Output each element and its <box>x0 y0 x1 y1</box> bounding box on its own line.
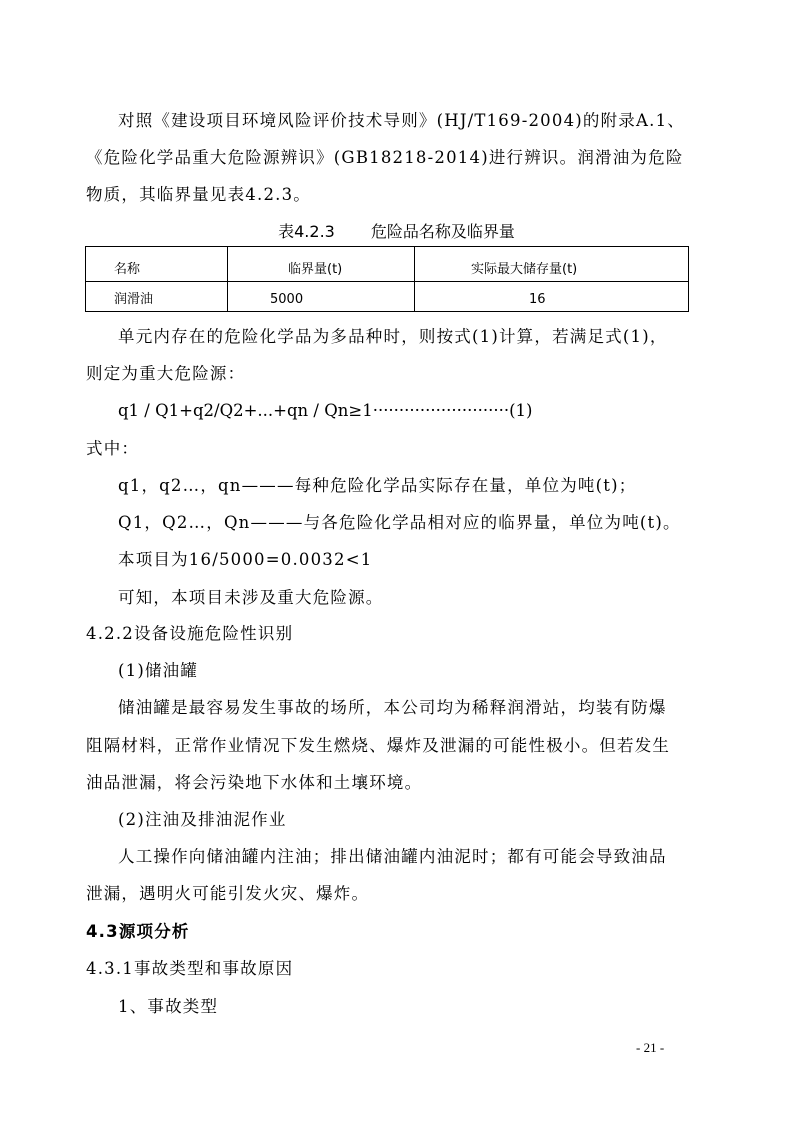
para-multi-line-1: 单元内存在的危险化学品为多品种时，则按式(1)计算，若满足式(1)， <box>118 327 668 347</box>
para-multi-line-2: 则定为重大危险源： <box>86 364 245 384</box>
item-2-line-1: 人工操作向储油罐内注油；排出储油罐内油泥时；都有可能会导致油品 <box>118 847 667 867</box>
section-4-2-2-heading: 4.2.2设备设施危险性识别 <box>86 624 293 644</box>
table-caption-number: 表4.2.3 <box>278 222 335 241</box>
calculation: 本项目为16/5000=0.0032<1 <box>118 550 372 570</box>
cell-threshold: 5000 <box>228 292 414 311</box>
hazard-table: 名称 临界量(t) 实际最大储存量(t) 润滑油 5000 16 <box>85 246 689 312</box>
formula-where: 式中： <box>86 439 139 459</box>
item-1-line-2: 阻隔材料，正常作业情况下发生燃烧、爆炸及泄漏的可能性极小。但若发生 <box>86 736 670 756</box>
item-2-title: (2)注油及排油泥作业 <box>118 810 287 830</box>
cell-max-storage: 16 <box>415 292 688 311</box>
item-2-line-2: 泄漏，遇明火可能引发火灾、爆炸。 <box>86 884 369 904</box>
header-threshold: 临界量(t) <box>228 258 414 281</box>
definition-q: q1，q2…，qn———每种危险化学品实际存在量，单位为吨(t)； <box>118 476 636 496</box>
table-header-row: 名称 临界量(t) 实际最大储存量(t) <box>86 247 689 282</box>
item-1-line-1: 储油罐是最容易发生事故的场所，本公司均为稀释润滑站，均装有防爆 <box>118 698 667 718</box>
cell-name: 润滑油 <box>86 288 227 311</box>
table-row: 润滑油 5000 16 <box>86 282 689 312</box>
section-4-3-1-heading: 4.3.1事故类型和事故原因 <box>86 959 293 979</box>
table-caption: 表4.2.3危险品名称及临界量 <box>0 222 793 242</box>
item-1-title: (1)储油罐 <box>118 661 198 681</box>
definition-Q: Q1，Q2…，Qn———与各危险化学品相对应的临界量，单位为吨(t)。 <box>118 513 681 533</box>
page-number: - 21 - <box>636 1040 664 1056</box>
para-intro-line-1: 对照《建设项目环境风险评价技术导则》(HJ/T169-2004)的附录A.1、 <box>118 111 685 131</box>
header-max-storage: 实际最大储存量(t) <box>415 258 688 281</box>
header-name: 名称 <box>86 258 227 281</box>
formula: q1 / Q1+q2/Q2+...+qn / Qn≥1·············… <box>118 401 532 421</box>
table-caption-title: 危险品名称及临界量 <box>371 222 515 241</box>
para-intro-line-3: 物质，其临界量见表4.2.3。 <box>86 185 311 205</box>
subsection-accident-types: 1、事故类型 <box>118 997 218 1017</box>
conclusion: 可知，本项目未涉及重大危险源。 <box>118 588 384 608</box>
section-4-3-heading: 4.3源项分析 <box>86 922 190 942</box>
para-intro-line-2: 《危险化学品重大危险源辨识》(GB18218-2014)进行辨识。润滑油为危险 <box>86 148 684 168</box>
item-1-line-3: 油品泄漏，将会污染地下水体和土壤环境。 <box>86 773 422 793</box>
